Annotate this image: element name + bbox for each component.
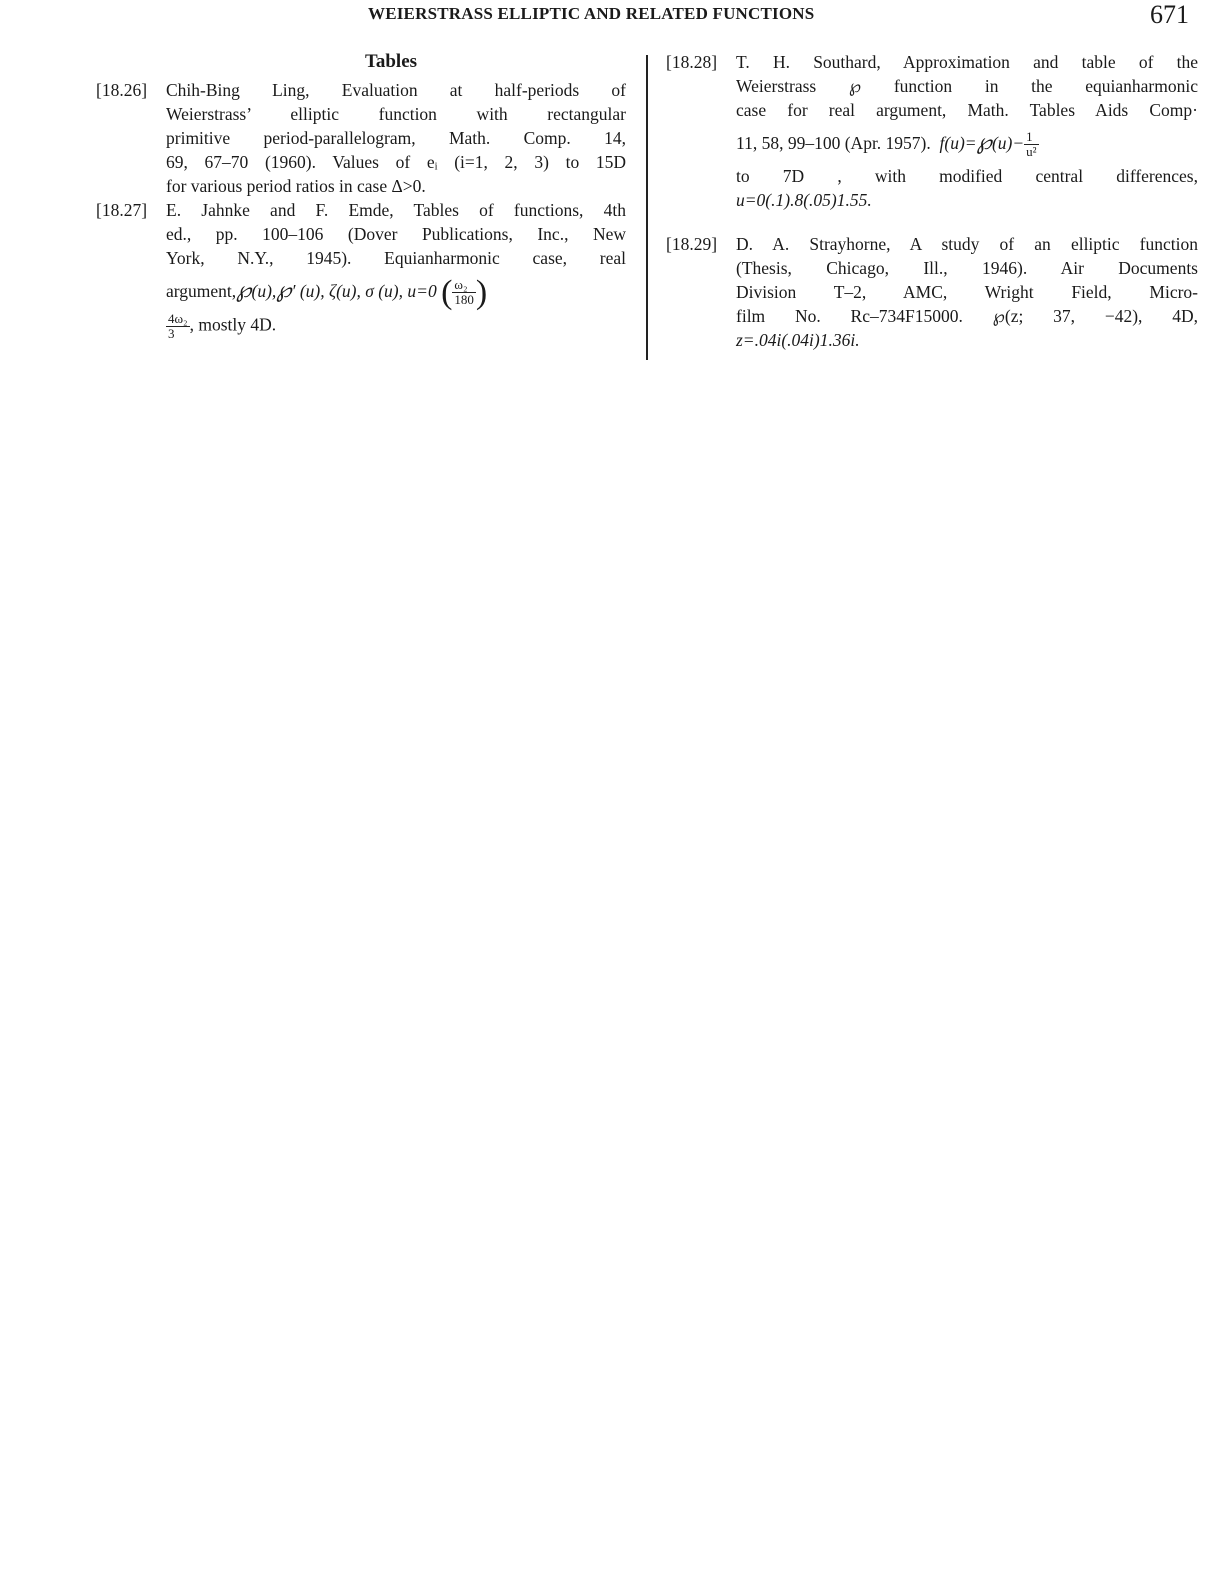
formula-line: 4ω₂3, mostly 4D. (166, 312, 626, 341)
reference-line: T. H. Southard, Approximation and table … (736, 50, 1198, 74)
reference-line: 69, 67–70 (1960). Values of eᵢ (i=1, 2, … (166, 150, 626, 174)
reference-label: [18.27] (96, 198, 147, 222)
reference-line: (Thesis, Chicago, Ill., 1946). Air Docum… (736, 256, 1198, 280)
weierstrass-p-symbol: ℘ (977, 130, 992, 155)
formula-suffix: , mostly 4D. (190, 315, 277, 335)
reference-line: film No. Rc–734F15000. ℘(z; 37, −42), 4D… (736, 304, 1198, 328)
running-head: WEIERSTRASS ELLIPTIC AND RELATED FUNCTIO… (368, 4, 814, 24)
weierstrass-p-symbol: ℘ (236, 278, 251, 303)
reference-18-29: [18.29] D. A. Strayhorne, A study of an … (666, 232, 1198, 352)
reference-line: u=0(.1).8(.05)1.55. (736, 188, 1198, 212)
formula-mid: (u)− (992, 133, 1024, 153)
reference-18-28: [18.28] T. H. Southard, Approximation an… (666, 50, 1198, 212)
right-paren: ) (476, 274, 487, 311)
formula-line: argument,℘(u),℘′ (u), ζ(u), σ (u), u=0 (… (166, 270, 626, 312)
reference-line: case for real argument, Math. Tables Aid… (736, 98, 1198, 122)
formula-line: 11, 58, 99–100 (Apr. 1957). f(u)=℘(u)−1u… (736, 122, 1198, 164)
fraction-numerator: ω₂ (452, 278, 476, 293)
reference-line: z=.04i(.04i)1.36i. (736, 328, 1198, 352)
fraction-numerator: 1 (1024, 130, 1038, 145)
formula-term: (u), (252, 281, 277, 301)
reference-line: D. A. Strayhorne, A study of an elliptic… (736, 232, 1198, 256)
reference-line: York, N.Y., 1945). Equianharmonic case, … (166, 246, 626, 270)
formula-term: ′ (u), ζ(u), σ (u), u=0 (292, 281, 437, 301)
reference-line: E. Jahnke and F. Emde, Tables of functio… (166, 198, 626, 222)
reference-line: Weierstrass ℘ function in the equianharm… (736, 74, 1198, 98)
reference-line: Weierstrass’ elliptic function with rect… (166, 102, 626, 126)
fraction: ω₂180 (452, 278, 476, 307)
left-paren: ( (441, 274, 452, 311)
right-column: [18.28] T. H. Southard, Approximation an… (666, 50, 1198, 352)
reference-gap (666, 212, 1198, 232)
reference-line: to 7D , with modified central difference… (736, 164, 1198, 188)
section-title: Tables (156, 50, 626, 74)
formula-text: 11, 58, 99–100 (Apr. 1957). (736, 133, 931, 153)
fraction: 1u² (1024, 130, 1038, 159)
page-number: 671 (1150, 0, 1189, 30)
reference-18-27: [18.27] E. Jahnke and F. Emde, Tables of… (96, 198, 626, 341)
reference-line: ed., pp. 100–106 (Dover Publications, In… (166, 222, 626, 246)
reference-18-26: [18.26] Chih-Bing Ling, Evaluation at ha… (96, 78, 626, 198)
reference-line: primitive period-parallelogram, Math. Co… (166, 126, 626, 150)
left-column: Tables [18.26] Chih-Bing Ling, Evaluatio… (96, 50, 626, 341)
fraction-denominator: u² (1024, 145, 1038, 159)
formula-prefix: argument, (166, 281, 236, 301)
fraction-denominator: 3 (166, 327, 190, 341)
fraction-denominator: 180 (452, 293, 476, 307)
column-divider (646, 55, 648, 360)
weierstrass-p-symbol: ℘ (276, 278, 291, 303)
fraction-numerator: 4ω₂ (166, 312, 190, 327)
reference-label: [18.29] (666, 232, 717, 256)
reference-line: Division T–2, AMC, Wright Field, Micro- (736, 280, 1198, 304)
reference-line: Chih-Bing Ling, Evaluation at half-perio… (166, 78, 626, 102)
fraction: 4ω₂3 (166, 312, 190, 341)
reference-label: [18.28] (666, 50, 717, 74)
formula-lhs: f(u)= (940, 133, 977, 153)
reference-label: [18.26] (96, 78, 147, 102)
reference-line: for various period ratios in case Δ>0. (166, 174, 626, 198)
